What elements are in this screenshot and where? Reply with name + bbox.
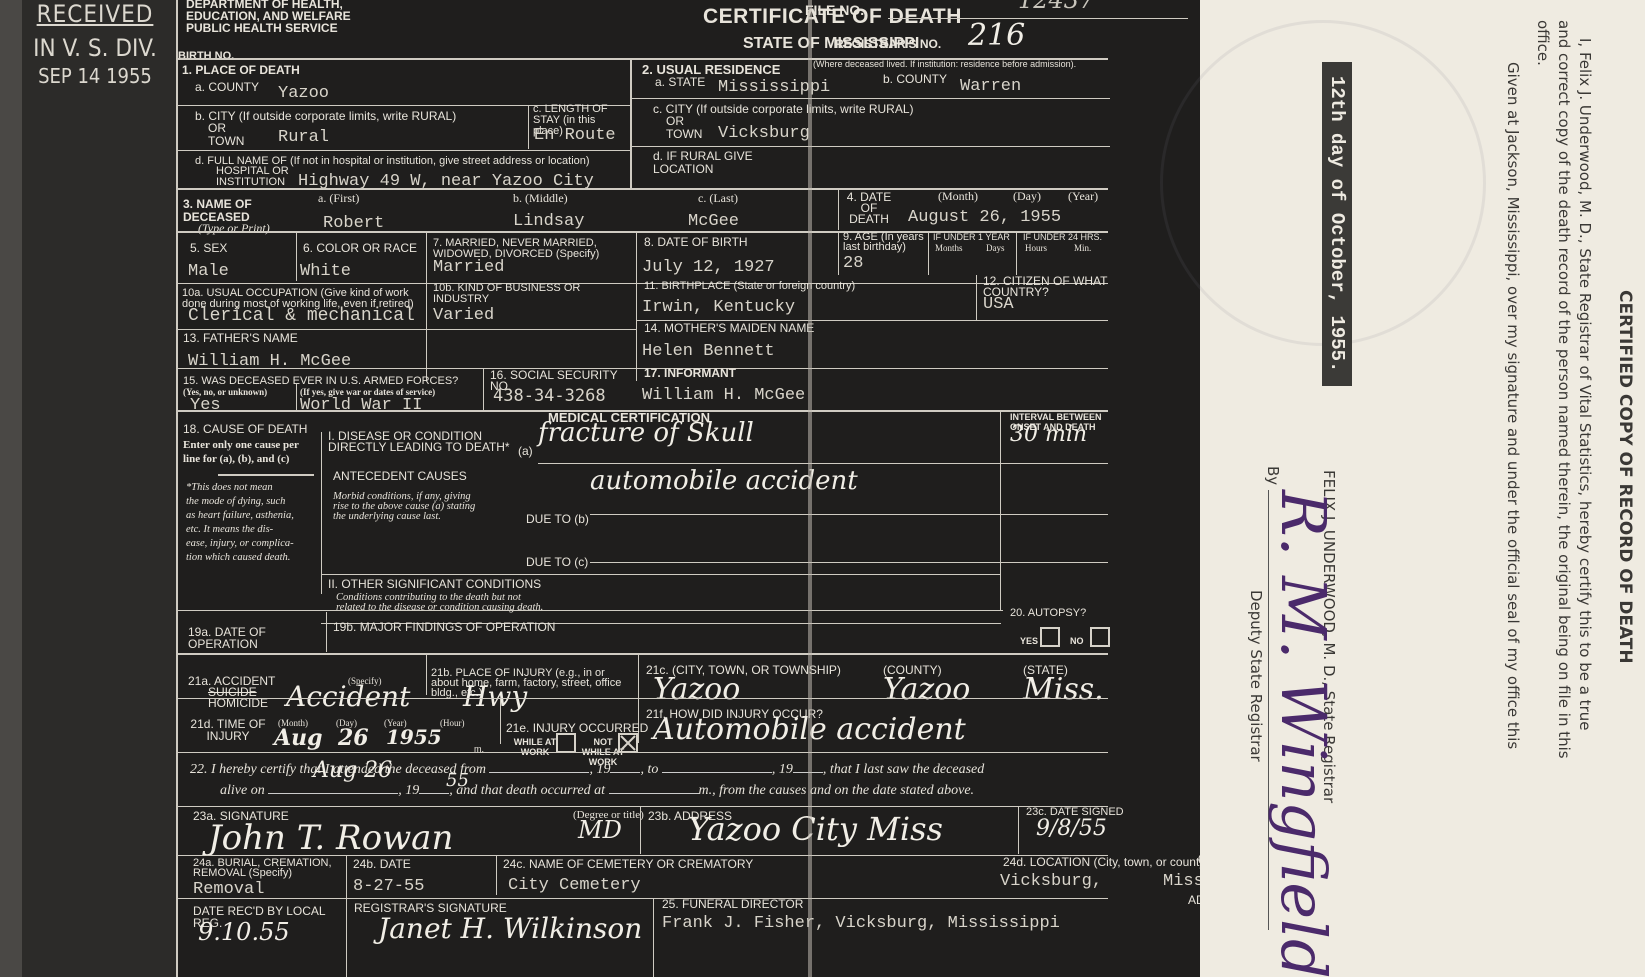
burial-location-city: Vicksburg, (1000, 872, 1102, 891)
cause-instructions: Enter only one cause per line for (a), (… (183, 438, 299, 466)
age-hours-label: Hours (1025, 243, 1047, 253)
informant: William H. McGee (642, 386, 805, 405)
fold-crease (808, 0, 812, 977)
cause-b: automobile accident (590, 466, 858, 496)
under-1-year-label: IF UNDER 1 YEAR (933, 232, 1010, 242)
date-of-death: August 26, 1955 (908, 208, 1061, 227)
age-months-label: Months (935, 243, 963, 253)
funeral-director: Frank J. Fisher, Vicksburg, Mississippi (662, 914, 1060, 933)
funeral-director-label: 25. FUNERAL DIRECTOR (662, 898, 803, 911)
injury-type: Accident (286, 680, 410, 713)
alive-on-date: Aug 26 (313, 758, 392, 783)
deputy-registrar-label: Deputy State Registrar (1247, 590, 1265, 762)
while-at-work-checkbox[interactable] (556, 733, 576, 753)
under-24-hrs-label: IF UNDER 24 HRS. (1023, 232, 1102, 242)
injury-county: Yazoo (883, 672, 970, 707)
residence-state-label: a. STATE (655, 76, 705, 89)
residence-county: Warren (960, 77, 1021, 96)
age-days-label: Days (986, 243, 1005, 253)
age-min-label: Min. (1074, 243, 1091, 253)
autopsy-yes-label: YES (1020, 636, 1038, 646)
certify-line-1: 22. I hereby certify that I attended the… (190, 763, 984, 776)
injury-year: 1955 (386, 725, 442, 749)
armed-forces: Yes (190, 396, 221, 415)
certification-statement: I, Felix J. Underwood, M. D., State Regi… (1532, 20, 1595, 759)
operation-findings-label: 19b. MAJOR FINDINGS OF OPERATION (333, 621, 555, 634)
length-of-stay: En Route (534, 126, 616, 145)
registrar-no-label: REGISTRAR'S NO. (835, 38, 941, 51)
cause-b-label: DUE TO (b) (526, 513, 589, 526)
rural-location-label: d. IF RURAL GIVE LOCATION (653, 150, 773, 176)
father-name-label: 13. FATHER'S NAME (183, 332, 298, 345)
age-label: 9. AGE (In years last birthday) (843, 232, 933, 252)
death-month-label: (Month) (938, 190, 978, 203)
stamp-line2: IN V. S. DIV. (20, 34, 170, 62)
certified-copy-heading: CERTIFIED COPY OF RECORD OF DEATH (1615, 290, 1635, 664)
certification-date-band: 12th day of October, 1955. (1322, 62, 1352, 386)
antecedent-label: ANTECEDENT CAUSES (333, 470, 467, 483)
death-city: Rural (278, 128, 329, 147)
last-name-label: c. (Last) (698, 192, 738, 205)
death-day-label: (Day) (1013, 190, 1041, 203)
injury-day: 26 (338, 725, 369, 751)
file-no-value: 12437 (1018, 0, 1094, 14)
sex: Male (188, 262, 229, 281)
residence-state: Mississippi (718, 78, 830, 97)
strip-edge (0, 0, 22, 977)
informant-label: 17. INFORMANT (644, 367, 736, 380)
physician-address: Yazoo City Miss (688, 810, 943, 848)
citizen: USA (983, 295, 1014, 314)
type-or-print-note: (Type or Print) (198, 222, 270, 235)
alive-on-year: 55 (446, 770, 469, 791)
cause-c-label: DUE TO (c) (526, 556, 588, 569)
birthplace: Irwin, Kentucky (642, 298, 795, 317)
marital-status: Married (433, 258, 504, 277)
date-signed: 9/8/55 (1036, 816, 1107, 841)
occupation: Clerical & mechanical (188, 306, 415, 326)
place-of-injury: Hwy (463, 680, 527, 713)
death-county-label: a. COUNTY (195, 81, 259, 94)
autopsy-no-label: NO (1070, 636, 1084, 646)
burial-date-label: 24b. DATE (353, 858, 411, 871)
interval: 30 min (1010, 422, 1087, 447)
burial-date: 8-27-55 (353, 877, 424, 896)
certified-copy-panel: CERTIFIED COPY OF RECORD OF DEATH I, Fel… (1200, 0, 1645, 977)
operation-date-label: 19a. DATE OF OPERATION (188, 626, 318, 650)
date-of-birth: July 12, 1927 (642, 258, 775, 277)
sex-label: 5. SEX (190, 242, 227, 255)
armed-war: World War II (300, 396, 422, 415)
registrar-signature: Janet H. Wilkinson (378, 912, 642, 945)
disease-label: I. DISEASE OR CONDITION DIRECTLY LEADING… (328, 431, 510, 453)
date-of-death-label: 4. DATE OF DEATH (844, 192, 894, 225)
registrar-no-value: 216 (968, 18, 1025, 53)
mother-name: Helen Bennett (642, 342, 775, 361)
by-label: By (1264, 466, 1282, 485)
date-received: 9.10.55 (198, 918, 290, 946)
other-conditions-label: II. OTHER SIGNIFICANT CONDITIONS (328, 578, 541, 591)
hospital-sub-label: HOSPITAL OR INSTITUTION (216, 166, 306, 188)
burial-location-label: 24d. LOCATION (City, town, or county) (1003, 856, 1209, 869)
agency-name: DEPARTMENT OF HEALTH, EDUCATION, AND WEL… (186, 0, 351, 34)
injury-city: Yazoo (653, 672, 740, 707)
residence-note: (Where deceased lived. If institution: r… (813, 59, 1103, 69)
place-of-injury-label: 21b. PLACE OF INJURY (e.g., in or about … (431, 668, 631, 698)
certification-date: 12th day of October, 1955. (1322, 62, 1352, 386)
cause-a: fracture of Skull (538, 418, 754, 448)
cause-of-death-label: 18. CAUSE OF DEATH (183, 423, 307, 436)
ssn: 438-34-3268 (493, 386, 606, 406)
cemetery-label: 24c. NAME OF CEMETERY OR CREMATORY (503, 858, 753, 871)
received-stamp: RECEIVED IN V. S. DIV. SEP 14 1955 (20, 0, 170, 88)
certify-line-2: alive on , 19, and that death occurred a… (220, 784, 974, 797)
first-name-label: a. (First) (318, 192, 359, 205)
age: 28 (843, 254, 863, 273)
check-x-icon (620, 735, 636, 751)
physician-signature: John T. Rowan (208, 818, 453, 858)
degree: MD (578, 816, 622, 844)
mother-name-label: 14. MOTHER'S MAIDEN NAME (644, 322, 814, 335)
stamp-line1: RECEIVED (20, 0, 170, 28)
cemetery: City Cemetery (508, 876, 641, 895)
residence-county-label: b. COUNTY (883, 73, 947, 86)
given-at-statement: Given at Jackson, Mississippi, over my s… (1504, 62, 1522, 749)
race-label: 6. COLOR OR RACE (303, 242, 417, 255)
not-while-at-work-checkbox[interactable] (618, 733, 638, 753)
cause-footnote: *This does not mean the mode of dying, s… (186, 481, 294, 565)
cause-a-label: (a) (518, 445, 533, 458)
death-city-or-town: OR TOWN (208, 122, 238, 148)
race: White (300, 262, 351, 281)
death-year-label: (Year) (1068, 190, 1098, 203)
burial: Removal (193, 880, 264, 899)
injury-hour-label: (Hour) (440, 718, 465, 728)
time-of-injury-label: 21d. TIME OF INJURY (188, 718, 268, 742)
birthplace-label: 11. BIRTHPLACE (State or foreign country… (644, 280, 855, 293)
autopsy-label: 20. AUTOPSY? (1010, 607, 1086, 620)
date-of-birth-label: 8. DATE OF BIRTH (644, 236, 748, 249)
residence-city-or-town: OR TOWN (666, 115, 696, 141)
stamp-date: SEP 14 1955 (20, 64, 170, 88)
while-at-work-label: WHILE AT WORK (510, 737, 560, 757)
business-label: 10b. KIND OF BUSINESS OR INDUSTRY (433, 283, 628, 305)
last-name: McGee (688, 212, 739, 231)
death-certificate: DEPARTMENT OF HEALTH, EDUCATION, AND WEL… (178, 0, 1200, 977)
place-of-death-label: 1. PLACE OF DEATH (182, 64, 300, 77)
middle-name: Lindsay (513, 212, 584, 231)
burial-label: 24a. BURIAL, CREMATION, REMOVAL (Specify… (193, 858, 343, 878)
marital-status-label: 7. MARRIED, NEVER MARRIED, WIDOWED, DIVO… (433, 238, 633, 260)
death-county: Yazoo (278, 84, 329, 103)
left-margin-strip: RECEIVED IN V. S. DIV. SEP 14 1955 (0, 0, 178, 977)
injury-type-labels: 21a. ACCIDENT SUICIDE HOMICIDE (188, 676, 275, 709)
injury-month: Aug (274, 725, 322, 751)
file-no-label: FILE NO. (805, 4, 864, 17)
autopsy-yes-checkbox[interactable] (1040, 627, 1060, 647)
middle-name-label: b. (Middle) (513, 192, 568, 205)
birth-no-label: BIRTH NO. (178, 50, 234, 63)
injury-state: Miss. (1023, 672, 1104, 707)
residence-city: Vicksburg (718, 124, 810, 143)
deputy-signature: R. M. Wingfield (1267, 490, 1340, 977)
antecedent-note: Morbid conditions, if any, giving rise t… (333, 492, 475, 522)
business: Varied (433, 306, 494, 325)
autopsy-no-checkbox[interactable] (1090, 627, 1110, 647)
